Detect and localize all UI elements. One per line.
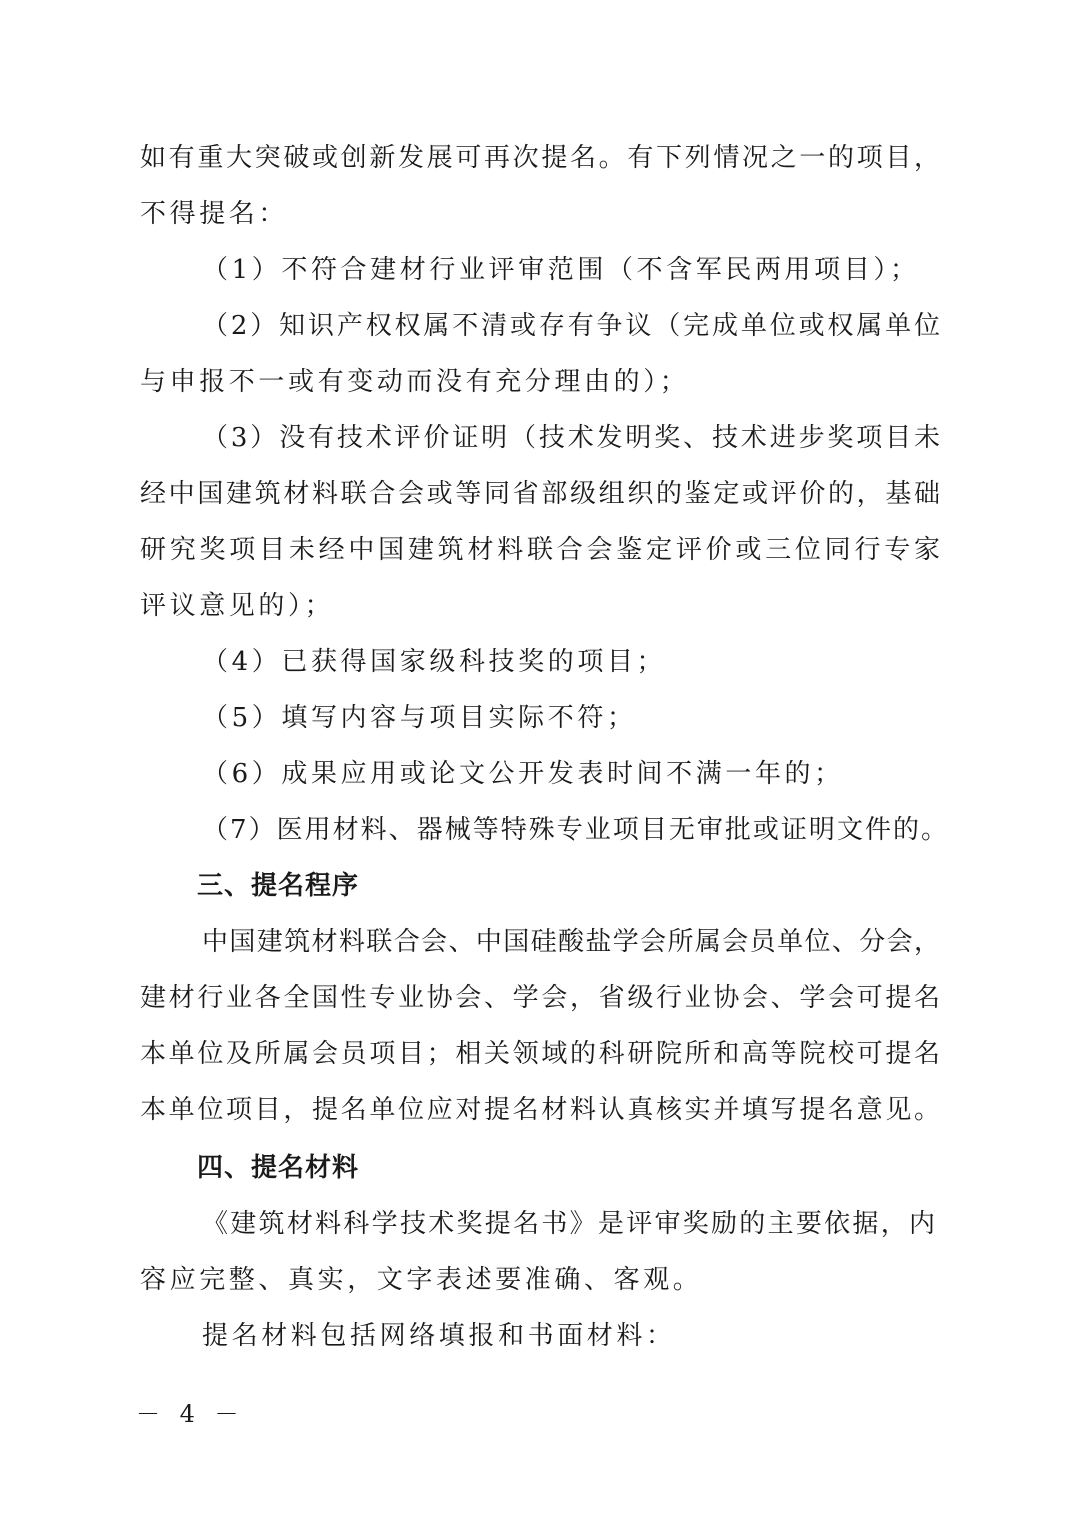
list-item-6: （6）成果应用或论文公开发表时间不满一年的； <box>202 756 940 792</box>
list-item-1: （1）不符合建材行业评审范围（不含军民两用项目）； <box>202 252 940 288</box>
list-item-2: （2）知识产权权属不清或存有争议（完成单位或权属单位 <box>202 308 940 344</box>
list-item-5: （5）填写内容与项目实际不符； <box>202 700 940 736</box>
paragraph-line: 建材行业各全国性专业协会、学会，省级行业协会、学会可提名 <box>140 980 940 1016</box>
paragraph-line: 本单位项目，提名单位应对提名材料认真核实并填写提名意见。 <box>140 1092 940 1128</box>
section-heading-4: 四、提名材料 <box>197 1150 359 1186</box>
document-page: 如有重大突破或创新发展可再次提名。有下列情况之一的项目， 不得提名： （1）不符… <box>0 0 1080 1526</box>
list-item-4: （4）已获得国家级科技奖的项目； <box>202 644 940 680</box>
paragraph-line: 中国建筑材料联合会、中国硅酸盐学会所属会员单位、分会， <box>202 924 940 960</box>
list-item-2-cont: 与申报不一或有变动而没有充分理由的）； <box>140 364 940 400</box>
list-item-3-cont: 经中国建筑材料联合会或等同省部级组织的鉴定或评价的，基础 <box>140 476 940 512</box>
list-item-3-cont: 评议意见的）； <box>140 588 940 624</box>
paragraph-line: 提名材料包括网络填报和书面材料： <box>202 1318 940 1354</box>
list-item-7: （7）医用材料、器械等特殊专业项目无审批或证明文件的。 <box>202 812 947 848</box>
list-item-3: （3）没有技术评价证明（技术发明奖、技术进步奖项目未 <box>202 420 940 456</box>
paragraph-line: 不得提名： <box>140 196 940 232</box>
list-item-3-cont: 研究奖项目未经中国建筑材料联合会鉴定评价或三位同行专家 <box>140 532 940 568</box>
page-number: － 4 － <box>136 1398 245 1430</box>
paragraph-line: 《建筑材料科学技术奖提名书》是评审奖励的主要依据，内 <box>202 1206 935 1242</box>
section-heading-3: 三、提名程序 <box>197 868 359 904</box>
paragraph-line: 容应完整、真实，文字表述要准确、客观。 <box>140 1262 940 1298</box>
paragraph-line: 如有重大突破或创新发展可再次提名。有下列情况之一的项目， <box>140 140 940 176</box>
paragraph-line: 本单位及所属会员项目；相关领域的科研院所和高等院校可提名 <box>140 1036 940 1072</box>
